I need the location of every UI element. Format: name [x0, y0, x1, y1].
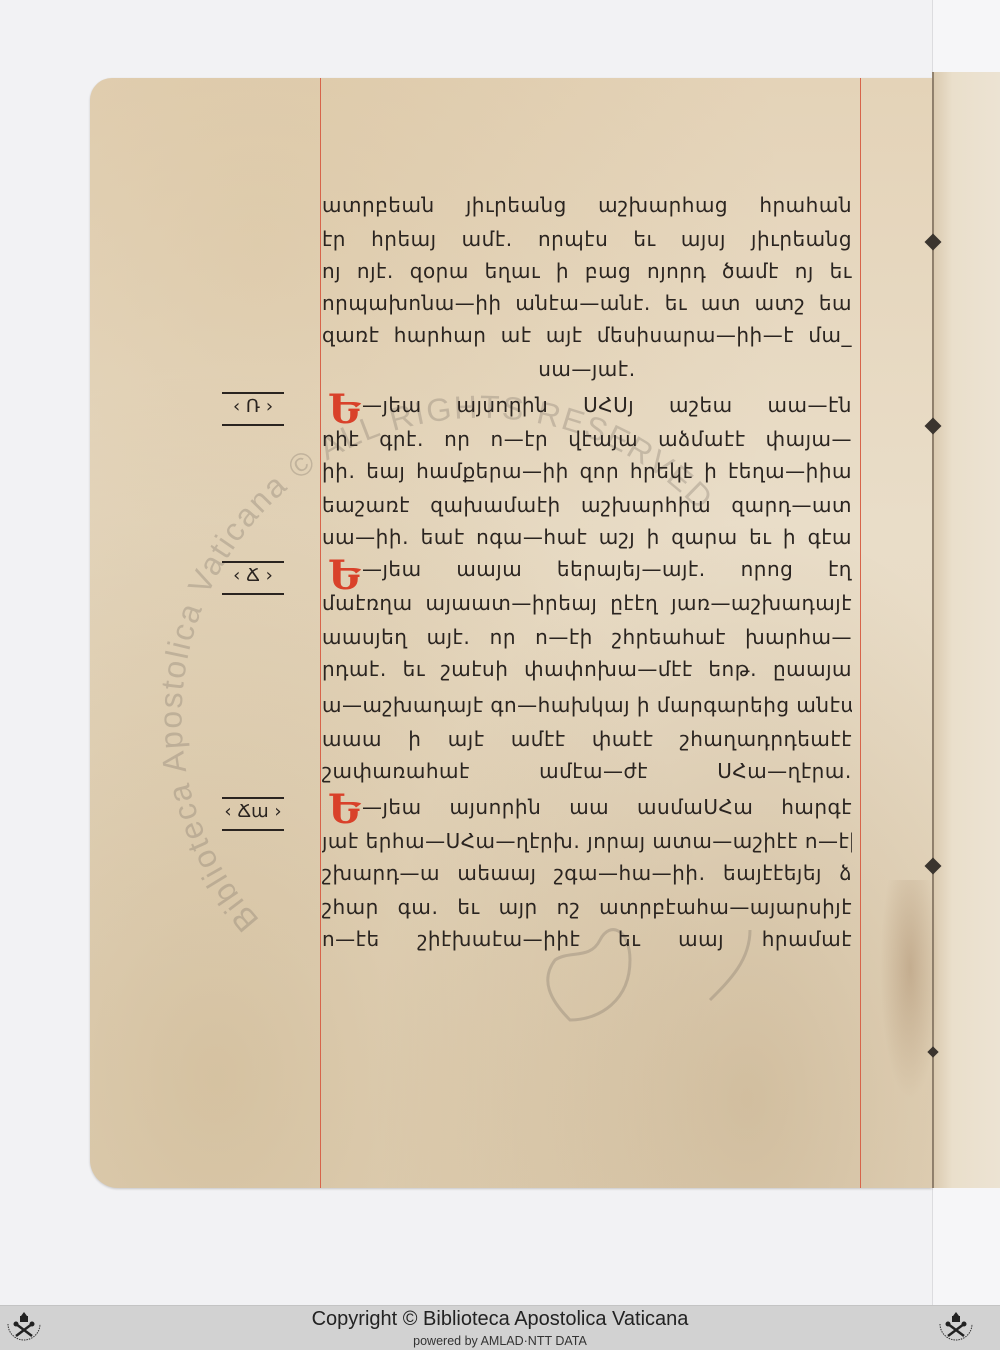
manuscript-line: աասյեղ այէ․ որ ո—էի շհրեահաէ խարհա—: [322, 622, 852, 652]
manuscript-line: շխարդ—ա աեաայ շգա—հա—իի․ եայէէեյեյ ձ: [322, 858, 852, 888]
margin-numeral: ‹ Ճ ›: [222, 561, 284, 595]
manuscript-line: շափառահաէ ամէա—ժէ ՍՀա—ղէրա․: [322, 756, 852, 786]
copyright-text: Copyright © Biblioteca Apostolica Vatica…: [0, 1308, 1000, 1331]
manuscript-line: զառէ հարհար աէ այէ մեսիսարա—իի—է մա_: [322, 320, 852, 350]
manuscript-line: մաէռղա այաատ—իրեայ ըէէղ յառ—աշխադայէ: [322, 588, 852, 618]
copyright-footer: Copyright © Biblioteca Apostolica Vatica…: [0, 1305, 1000, 1350]
manuscript-line: էր հրեայ ամէ․ որպէս եւ այսյ յիւրեանց: [322, 224, 852, 254]
manuscript-line: ատրբեան յիւրեանց աշխարհաց հրահան: [322, 190, 852, 220]
water-stain: [880, 880, 940, 1100]
rubricated-initial: Ե: [328, 390, 361, 430]
manuscript-line: որպախոնա—իի անէա—անէ․ եւ ատ ատշ եա: [322, 288, 852, 318]
vatican-library-logo-icon: [4, 1308, 44, 1346]
manuscript-line: —յեա այսորին ՍՀՍյ աշեա աա—էն: [362, 390, 852, 420]
powered-by-text: powered by AMLAD·NTT DATA: [0, 1334, 1000, 1348]
rubricated-initial: Ե: [328, 556, 361, 596]
manuscript-line: ա—աշխադայէ գո—հախկայ ի մարգարեից անէա: [322, 690, 852, 720]
manuscript-line: եաշառէ զախամաէի աշխարհիա զարդ—ատ: [322, 490, 852, 520]
manuscript-line: ոյ ոյէ․ զօրա եղաւ ի բաց ոյորդ ծամէ ոյ եւ: [322, 256, 852, 286]
margin-numeral: ‹ Ռ ›: [222, 392, 284, 426]
manuscript-line: —յեա այսորին աա ասմաՍՀա հարգէ: [362, 792, 852, 822]
manuscript-line: ոիէ գրէ․ որ ո—էր վէայա աձմաէէ փայա—: [322, 424, 852, 454]
manuscript-line: —յեա աայա եերայեյ—այէ․ որոց էղ: [362, 554, 852, 584]
facing-page-edge: [932, 72, 1000, 1188]
manuscript-line: յաէ երհա—ՍՀա—ղէրխ․ յորայ ատա—աշիէէ ո—էի: [322, 826, 852, 856]
manuscript-line: սա—իի․ եաէ ոգա—հաէ աշյ ի զարա եւ ի գէա: [322, 522, 852, 552]
manuscript-line: աաա ի այէ ամէէ փաէէ շհաղադրդեաէէ: [322, 724, 852, 754]
manuscript-line: շհար գա․ եւ այր ոշ ատրբէահա—այարսիյէ: [322, 892, 852, 922]
manuscript-line: ո—էե շիէխաէա—իիէ եւ աայ հրամաէ: [322, 924, 852, 954]
margin-numeral: ‹ Ճա ›: [222, 797, 284, 831]
manuscript-line: իի․ եայ համքերա—իի զոր հրեկէ ի էեղա—իիա: [322, 456, 852, 486]
manuscript-line: րդաէ․ եւ շաէսի փափոխա—մէէ եոթ․ ըաայա: [322, 654, 852, 684]
vatican-library-logo-icon: [936, 1308, 976, 1346]
rubricated-initial: Ե: [328, 790, 361, 830]
manuscript-line: սա—յաէ․: [322, 354, 852, 384]
